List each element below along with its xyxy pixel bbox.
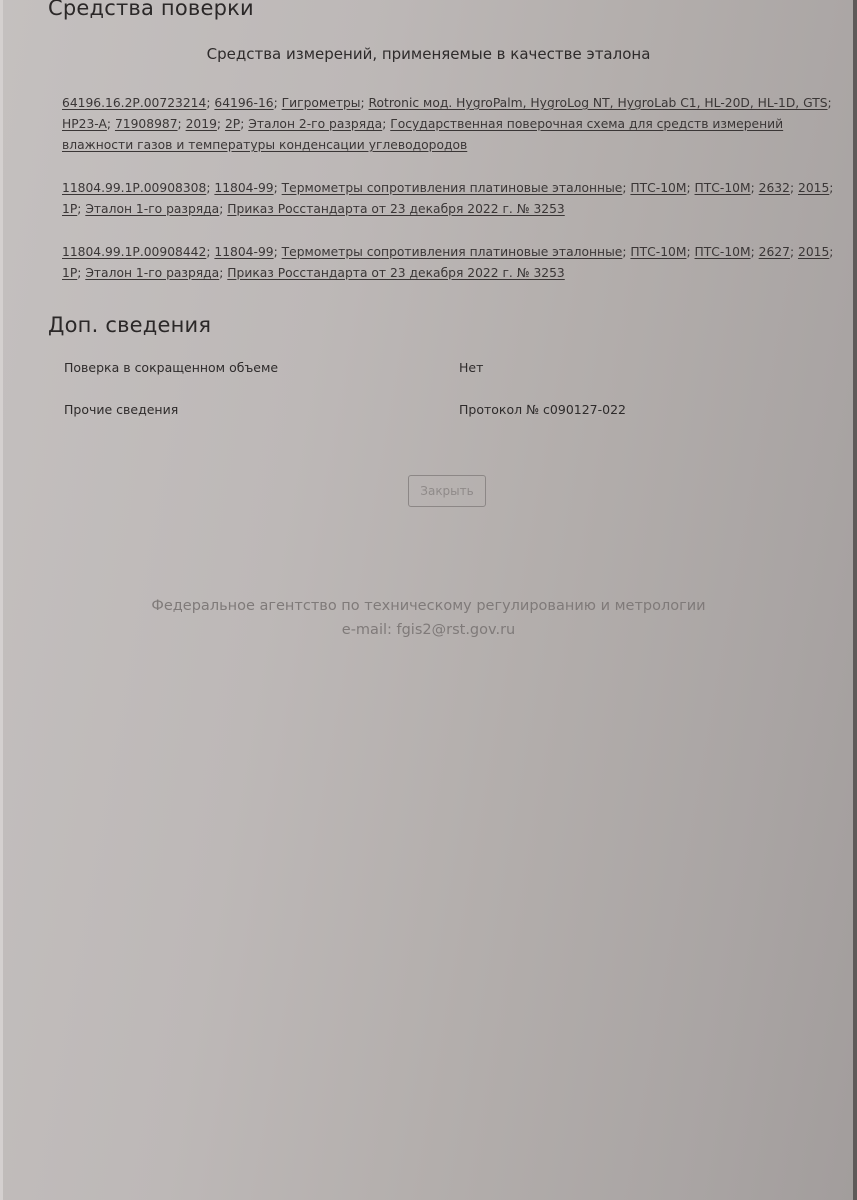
etalon-link[interactable]: 2632 — [759, 181, 790, 195]
footer-email: e-mail: fgis2@rst.gov.ru — [0, 618, 857, 642]
info-row-reduced-scope: Поверка в сокращенном объеме Нет — [64, 360, 784, 402]
etalon-item: 64196.16.2Р.00723214; 64196-16; Гигромет… — [62, 93, 837, 156]
separator: ; — [360, 96, 368, 110]
etalon-list: 64196.16.2Р.00723214; 64196-16; Гигромет… — [62, 93, 837, 306]
separator: ; — [274, 181, 282, 195]
etalon-link[interactable]: 64196.16.2Р.00723214 — [62, 96, 206, 110]
etalon-item: 11804.99.1Р.00908308; 11804-99; Термомет… — [62, 178, 837, 220]
info-label: Поверка в сокращенном объеме — [64, 360, 459, 375]
etalon-link[interactable]: 1Р — [62, 266, 77, 280]
etalon-link[interactable]: 2015 — [798, 181, 829, 195]
etalon-link[interactable]: Приказ Росстандарта от 23 декабря 2022 г… — [227, 266, 564, 280]
etalon-subtitle: Средства измерений, применяемые в качест… — [0, 45, 857, 63]
etalon-link[interactable]: 2015 — [798, 245, 829, 259]
separator: ; — [217, 117, 225, 131]
separator: ; — [751, 181, 759, 195]
etalon-link[interactable]: 71908987 — [115, 117, 178, 131]
etalon-link[interactable]: 11804.99.1Р.00908308 — [62, 181, 206, 195]
etalon-link[interactable]: 2019 — [186, 117, 217, 131]
etalon-link[interactable]: Эталон 1-го разряда — [85, 202, 219, 216]
separator: ; — [274, 245, 282, 259]
etalon-link[interactable]: 11804.99.1Р.00908442 — [62, 245, 206, 259]
etalon-link[interactable]: 11804-99 — [214, 245, 273, 259]
separator: ; — [790, 245, 798, 259]
close-button[interactable]: Закрыть — [408, 475, 486, 507]
etalon-link[interactable]: 2Р — [225, 117, 240, 131]
etalon-link[interactable]: ПТС-10М — [630, 181, 686, 195]
additional-info-table: Поверка в сокращенном объеме Нет Прочие … — [64, 360, 784, 444]
etalon-link[interactable]: ПТС-10М — [630, 245, 686, 259]
etalon-link[interactable]: Эталон 2-го разряда — [248, 117, 382, 131]
info-row-other-info: Прочие сведения Протокол № c090127-022 — [64, 402, 784, 444]
etalon-link[interactable]: 1Р — [62, 202, 77, 216]
info-value: Нет — [459, 360, 784, 375]
footer: Федеральное агентство по техническому ре… — [0, 594, 857, 642]
separator: ; — [829, 245, 833, 259]
separator: ; — [686, 181, 694, 195]
separator: ; — [107, 117, 115, 131]
info-value: Протокол № c090127-022 — [459, 402, 784, 417]
etalon-link[interactable]: 11804-99 — [214, 181, 273, 195]
separator: ; — [829, 181, 833, 195]
etalon-link[interactable]: Эталон 1-го разряда — [85, 266, 219, 280]
etalon-link[interactable]: ПТС-10М — [695, 181, 751, 195]
section-title-verification-means: Средства поверки — [48, 0, 254, 20]
separator: ; — [828, 96, 832, 110]
separator: ; — [751, 245, 759, 259]
section-title-additional-info: Доп. сведения — [48, 313, 211, 337]
etalon-link[interactable]: HP23-A — [62, 117, 107, 131]
etalon-link[interactable]: Термометры сопротивления платиновые этал… — [282, 181, 623, 195]
etalon-link[interactable]: ПТС-10М — [695, 245, 751, 259]
etalon-link[interactable]: Приказ Росстандарта от 23 декабря 2022 г… — [227, 202, 564, 216]
separator: ; — [274, 96, 282, 110]
etalon-link[interactable]: Термометры сопротивления платиновые этал… — [282, 245, 623, 259]
separator: ; — [790, 181, 798, 195]
footer-agency: Федеральное агентство по техническому ре… — [0, 594, 857, 618]
etalon-link[interactable]: 64196-16 — [214, 96, 273, 110]
etalon-link[interactable]: Rotronic мод. HygroPalm, HygroLog NT, Hy… — [369, 96, 828, 110]
etalon-link[interactable]: 2627 — [759, 245, 790, 259]
separator: ; — [178, 117, 186, 131]
etalon-item: 11804.99.1Р.00908442; 11804-99; Термомет… — [62, 242, 837, 284]
separator: ; — [686, 245, 694, 259]
info-label: Прочие сведения — [64, 402, 459, 417]
etalon-link[interactable]: Гигрометры — [282, 96, 361, 110]
